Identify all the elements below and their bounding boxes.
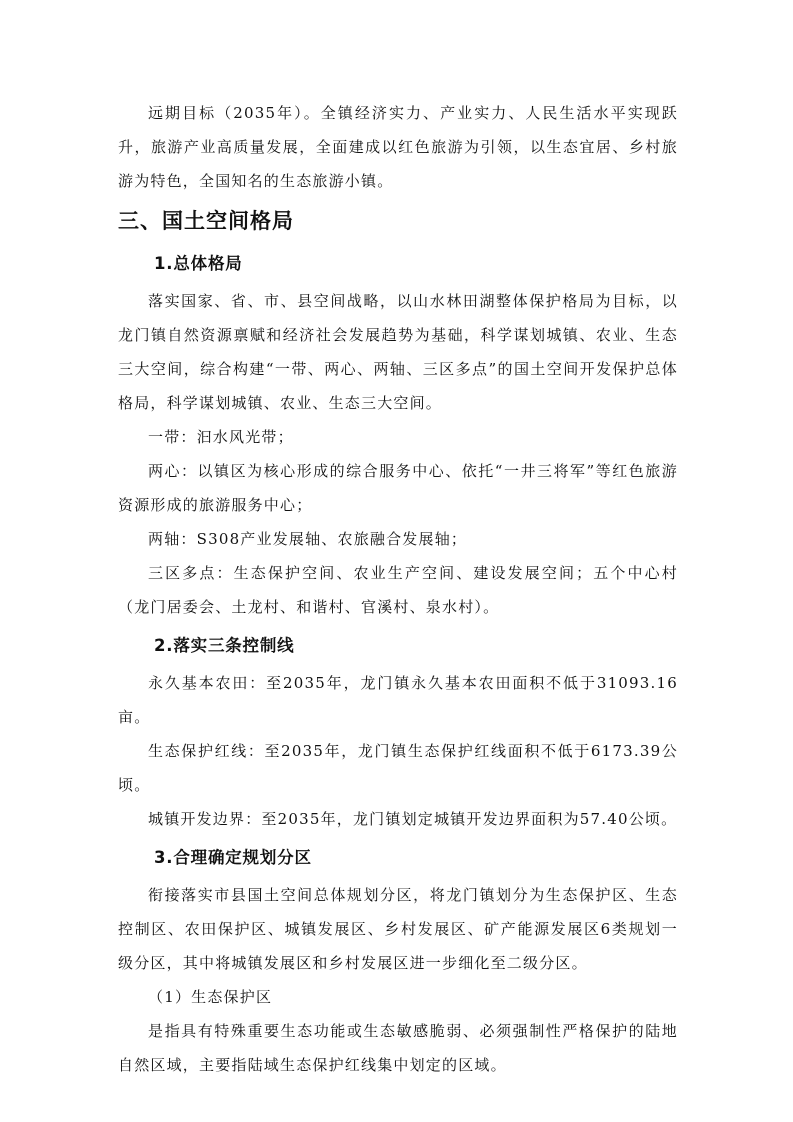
section-title: 三、国土空间格局: [118, 206, 678, 236]
paragraph: 城镇开发边界：至2035年，龙门镇划定城镇开发边界面积为57.40公顷。: [118, 802, 678, 836]
paragraph: 是指具有特殊重要生态功能或生态敏感脆弱、必须强制性严格保护的陆地自然区域，主要指…: [118, 1014, 678, 1082]
paragraph: 两心：以镇区为核心形成的综合服务中心、依托“一井三将军”等红色旅游资源形成的旅游…: [118, 454, 678, 522]
paragraph: 生态保护红线：至2035年，龙门镇生态保护红线面积不低于6173.39公顷。: [118, 734, 678, 802]
paragraph: 永久基本农田：至2035年，龙门镇永久基本农田面积不低于31093.16亩。: [118, 666, 678, 734]
paragraph: 三区多点：生态保护空间、农业生产空间、建设发展空间；五个中心村（龙门居委会、土龙…: [118, 556, 678, 624]
paragraph: 衔接落实市县国土空间总体规划分区，将龙门镇划分为生态保护区、生态控制区、农田保护…: [118, 878, 678, 980]
paragraph: （1）生态保护区: [118, 980, 678, 1014]
paragraph: 一带：汩水风光带；: [118, 420, 678, 454]
paragraph: 落实国家、省、市、县空间战略，以山水林田湖整体保护格局为目标，以龙门镇自然资源禀…: [118, 284, 678, 420]
intro-paragraph: 远期目标（2035年）。全镇经济实力、产业实力、人民生活水平实现跃升，旅游产业高…: [118, 96, 678, 198]
paragraph: 两轴：S308产业发展轴、农旅融合发展轴；: [118, 522, 678, 556]
subsection-title-2: 2.落实三条控制线: [154, 630, 678, 662]
document-page: 远期目标（2035年）。全镇经济实力、产业实力、人民生活水平实现跃升，旅游产业高…: [118, 96, 678, 1082]
subsection-title-1: 1.总体格局: [154, 248, 678, 280]
subsection-title-3: 3.合理确定规划分区: [154, 842, 678, 874]
